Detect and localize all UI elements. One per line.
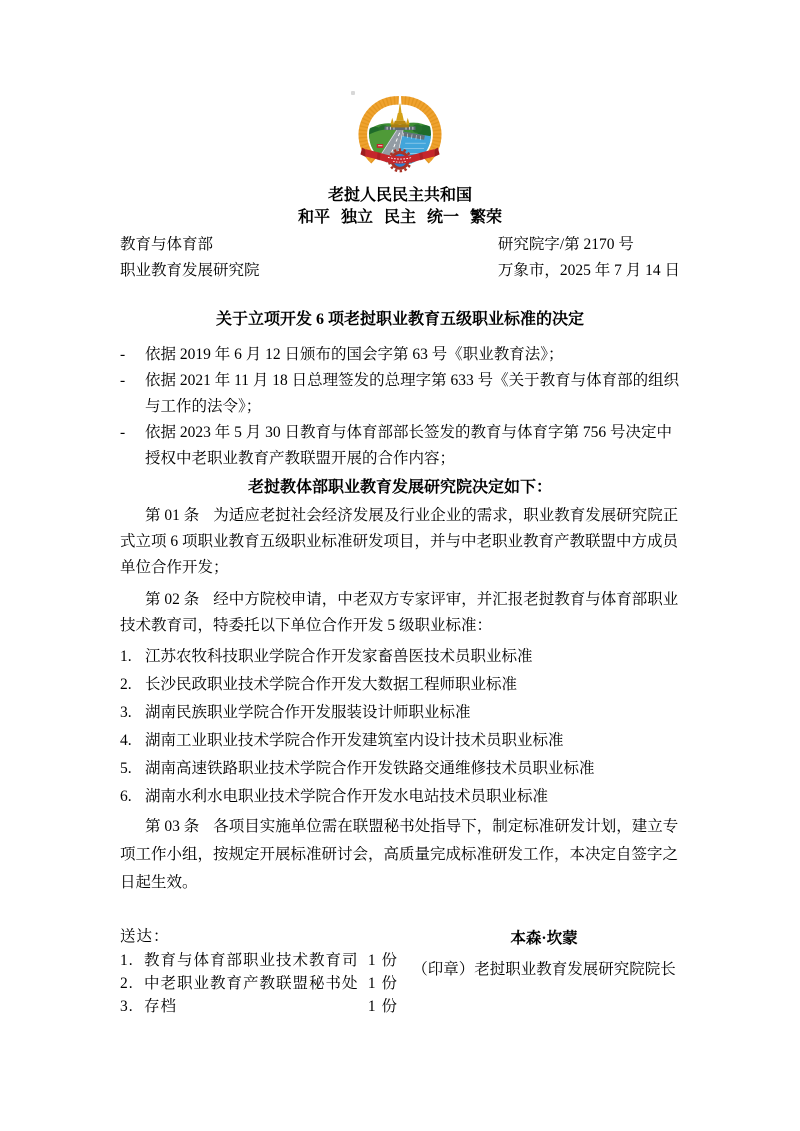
document-footer: 送达： 1. 教育与体育部职业技术教育司 1 份 2. 中老职业教育产教联盟秘书… (120, 925, 680, 1018)
copies-count: 1 份 (368, 949, 398, 972)
item-number: 2. (120, 972, 144, 995)
project-text: 江苏农牧科技职业学院合作开发家畜兽医技术员职业标准 (145, 648, 533, 665)
signer-title: （印章）老挝职业教育发展研究院院长 (408, 958, 680, 982)
project-item: 5. 湖南高速铁路职业技术学院合作开发铁路交通维修技术员职业标准 (120, 755, 680, 783)
article-1-text: 为适应老挝社会经济发展及行业企业的需求，职业教育发展研究院正式立项 6 项职业教… (120, 507, 678, 576)
laos-national-emblem (356, 95, 444, 181)
item-number: 1. (120, 949, 144, 972)
institute-line: 职业教育发展研究院 (120, 258, 260, 284)
basis-item: - 依据 2023 年 5 月 30 日教育与体育部部长签发的教育与体育字第 7… (120, 420, 680, 472)
signer-name: 本森·坎蒙 (408, 927, 680, 951)
project-item: 6. 湖南水利水电职业技术学院合作开发水电站技术员职业标准 (120, 783, 680, 811)
item-number: 3. (120, 699, 145, 727)
project-text: 湖南民族职业学院合作开发服装设计师职业标准 (145, 704, 471, 721)
document-body: 教育与体育部 职业教育发展研究院 研究院字/第 2170 号 万象市，2025 … (0, 232, 800, 1018)
basis-item: - 依据 2019 年 6 月 12 日颁布的国会字第 63 号《职业教育法》； (120, 342, 680, 368)
national-motto: 和平 独立 民主 统一 繁荣 (0, 207, 800, 229)
bullet-dash: - (120, 342, 145, 368)
doc-reference: 研究院字/第 2170 号 万象市，2025 年 7 月 14 日 (498, 232, 680, 284)
article-3-text: 各项目实施单位需在联盟秘书处指导下，制定标准研发计划，建立专项工作小组，按规定开… (120, 818, 678, 891)
smudge-artifact (351, 91, 355, 95)
document-title: 关于立项开发 6 项老挝职业教育五级职业标准的决定 (120, 307, 680, 333)
deliver-item: 3. 存档 1 份 (120, 995, 398, 1018)
basis-text: 依据 2019 年 6 月 12 日颁布的国会字第 63 号《职业教育法》； (145, 346, 564, 363)
item-number: 5. (120, 755, 145, 783)
project-item: 2. 长沙民政职业技术学院合作开发大数据工程师职业标准 (120, 671, 680, 699)
signature-block: 本森·坎蒙 （印章）老挝职业教育发展研究院院长 (408, 925, 680, 1018)
deliver-label: 送达： (120, 925, 398, 949)
article-2-label: 第 02 条 (145, 591, 199, 608)
deliver-item: 2. 中老职业教育产教联盟秘书处 1 份 (120, 972, 398, 995)
country-name: 老挝人民民主共和国 (0, 185, 800, 207)
project-text: 湖南高速铁路职业技术学院合作开发铁路交通维修技术员职业标准 (145, 760, 595, 777)
project-list: 1. 江苏农牧科技职业学院合作开发家畜兽医技术员职业标准 2. 长沙民政职业技术… (120, 643, 680, 811)
basis-item: - 依据 2021 年 11 月 18 日总理签发的总理字第 633 号《关于教… (120, 368, 680, 420)
item-number: 3. (120, 995, 144, 1018)
bullet-dash: - (120, 368, 145, 394)
issuing-authority: 教育与体育部 职业教育发展研究院 (120, 232, 260, 284)
ministry-line: 教育与体育部 (120, 232, 260, 258)
decision-heading: 老挝教体部职业教育发展研究院决定如下： (120, 475, 680, 501)
project-item: 4. 湖南工业职业技术学院合作开发建筑室内设计技术员职业标准 (120, 727, 680, 755)
item-number: 6. (120, 783, 145, 811)
legal-basis-list: - 依据 2019 年 6 月 12 日颁布的国会字第 63 号《职业教育法》；… (120, 342, 680, 472)
article-2: 第 02 条经中方院校申请，中老双方专家评审，并汇报老挝教育与体育部职业技术教育… (120, 587, 680, 639)
basis-text: 依据 2023 年 5 月 30 日教育与体育部部长签发的教育与体育字第 756… (145, 424, 672, 467)
item-number: 1. (120, 643, 145, 671)
project-item: 1. 江苏农牧科技职业学院合作开发家畜兽医技术员职业标准 (120, 643, 680, 671)
project-text: 湖南工业职业技术学院合作开发建筑室内设计技术员职业标准 (145, 732, 564, 749)
article-2-text: 经中方院校申请，中老双方专家评审，并汇报老挝教育与体育部职业技术教育司，特委托以… (120, 591, 678, 634)
project-item: 3. 湖南民族职业学院合作开发服装设计师职业标准 (120, 699, 680, 727)
item-number: 2. (120, 671, 145, 699)
bullet-dash: - (120, 420, 145, 446)
article-3: 第 03 条各项目实施单位需在联盟秘书处指导下，制定标准研发计划，建立专项工作小… (120, 813, 680, 897)
distribution-block: 送达： 1. 教育与体育部职业技术教育司 1 份 2. 中老职业教育产教联盟秘书… (120, 925, 398, 1018)
project-text: 湖南水利水电职业技术学院合作开发水电站技术员职业标准 (145, 788, 548, 805)
doc-number: 研究院字/第 2170 号 (498, 232, 680, 258)
recipient-name: 存档 (144, 995, 368, 1018)
copies-count: 1 份 (368, 995, 398, 1018)
deliver-item: 1. 教育与体育部职业技术教育司 1 份 (120, 949, 398, 972)
project-text: 长沙民政职业技术学院合作开发大数据工程师职业标准 (145, 676, 517, 693)
basis-text: 依据 2021 年 11 月 18 日总理签发的总理字第 633 号《关于教育与… (145, 372, 679, 415)
emblem-block (0, 0, 800, 181)
copies-count: 1 份 (368, 972, 398, 995)
place-date: 万象市，2025 年 7 月 14 日 (498, 258, 680, 284)
letterhead-row: 教育与体育部 职业教育发展研究院 研究院字/第 2170 号 万象市，2025 … (120, 232, 680, 284)
document-page: 老挝人民民主共和国 和平 独立 民主 统一 繁荣 教育与体育部 职业教育发展研究… (0, 0, 800, 1131)
item-number: 4. (120, 727, 145, 755)
recipient-name: 教育与体育部职业技术教育司 (144, 949, 368, 972)
article-1: 第 01 条为适应老挝社会经济发展及行业企业的需求，职业教育发展研究院正式立项 … (120, 503, 680, 581)
article-3-label: 第 03 条 (145, 818, 199, 835)
recipient-name: 中老职业教育产教联盟秘书处 (144, 972, 368, 995)
article-1-label: 第 01 条 (145, 507, 199, 524)
